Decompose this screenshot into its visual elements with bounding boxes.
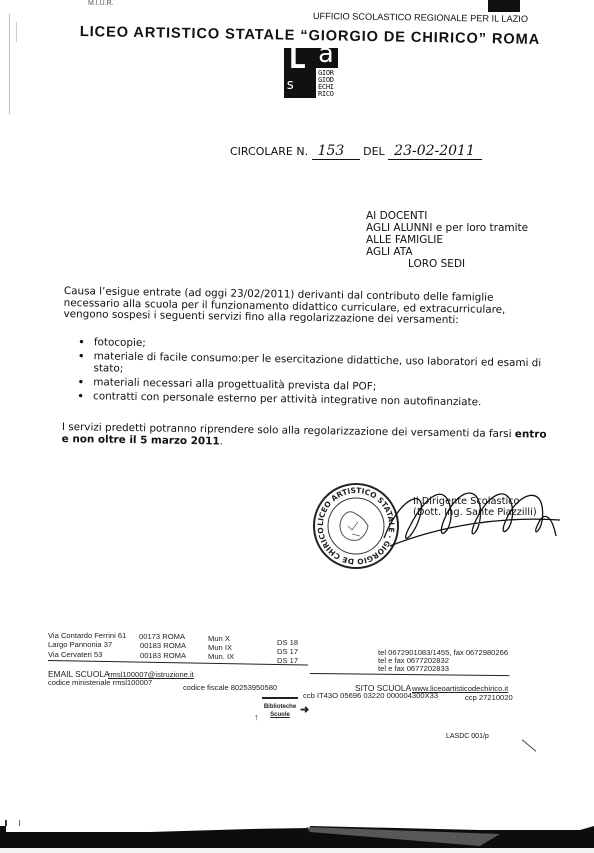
address-street: Via Contardo Ferrini 61 bbox=[48, 631, 126, 640]
arrow-up-icon: ↑ bbox=[254, 712, 259, 722]
circular-header: CIRCOLARE N. 153 DEL 23-02-2011 bbox=[230, 143, 482, 160]
badge-bottom: Scuole bbox=[254, 711, 306, 719]
scan-edge-line bbox=[9, 14, 10, 114]
footer-rule bbox=[310, 673, 510, 676]
scan-edge-line bbox=[16, 22, 17, 42]
scan-corner-mark bbox=[488, 0, 520, 12]
arrow-right-icon: ➜ bbox=[300, 703, 309, 716]
recipient: LORO SEDI bbox=[366, 258, 528, 270]
suspended-services-list: fotocopie; materiale di facile consumo:p… bbox=[77, 336, 548, 411]
iban: ccb IT43O 05696 03220 000004300X33 bbox=[303, 691, 438, 700]
document-code: LASDC 001/p bbox=[446, 733, 489, 740]
recipient: AGLI ATA bbox=[366, 246, 528, 258]
regional-office: UFFICIO SCOLASTICO REGIONALE PER IL LAZI… bbox=[313, 11, 528, 24]
logo-letter-s: s bbox=[286, 78, 294, 92]
address-ds: DS 18 bbox=[277, 638, 298, 647]
address-mun: Mun IX bbox=[208, 643, 232, 652]
address-mun: Mun. IX bbox=[208, 652, 234, 661]
ministerial-code: codice ministeriale rmsl100007 bbox=[48, 678, 152, 687]
ccp: ccp 27210020 bbox=[465, 693, 513, 702]
address-ds: DS 17 bbox=[277, 647, 298, 656]
body-paragraph: Causa l’esigue entrate (ad oggi 23/02/20… bbox=[63, 286, 547, 328]
scan-bottom-shadow bbox=[0, 820, 594, 853]
signer-name: (Dott. Ing. Sante Piazzilli) bbox=[413, 507, 537, 518]
scan-mark bbox=[522, 739, 536, 751]
logo-letter-a: a bbox=[318, 40, 334, 68]
closing-end: . bbox=[220, 435, 224, 447]
badge-top: Biblioteche bbox=[254, 703, 306, 711]
logo-letter-l: L bbox=[288, 44, 306, 74]
address-mun: Mun X bbox=[208, 634, 230, 643]
address-cap: 00183 ROMA bbox=[140, 651, 186, 660]
recipient: ALLE FAMIGLIE bbox=[366, 234, 528, 246]
address-cap: 00173 ROMA bbox=[139, 632, 185, 641]
signature-block: Il Dirigente Scolastico (Dott. Ing. Sant… bbox=[413, 496, 537, 518]
logo-text-line: RICO bbox=[318, 91, 334, 98]
recipient: AI DOCENTI bbox=[366, 210, 528, 222]
school-logo: L a s GIOR GIOD ECHI RICO bbox=[280, 44, 344, 102]
signer-title: Il Dirigente Scolastico bbox=[413, 496, 537, 507]
phone-line: tel e fax 0677202833 bbox=[378, 664, 449, 673]
address-street: Largo Pannonia 37 bbox=[48, 640, 112, 649]
address-cap: 00183 ROMA bbox=[140, 641, 186, 650]
closing-paragraph: I servizi predetti potranno riprendere s… bbox=[62, 421, 552, 453]
biblioteche-scuole-badge: Biblioteche Scuole bbox=[254, 697, 306, 721]
circular-number: 153 bbox=[312, 143, 360, 160]
fiscal-code: codice fiscale 80253950580 bbox=[183, 683, 277, 692]
address-street: Via Cervateri 53 bbox=[48, 650, 102, 659]
ministry-label: M.I.U.R. bbox=[88, 0, 114, 7]
circular-label: CIRCOLARE N. bbox=[230, 145, 308, 158]
footer-rule bbox=[48, 660, 308, 666]
circular-date: 23-02-2011 bbox=[388, 143, 482, 160]
date-label: DEL bbox=[363, 145, 385, 158]
recipients-block: AI DOCENTI AGLI ALUNNI e per loro tramit… bbox=[366, 210, 528, 270]
recipient: AGLI ALUNNI e per loro tramite bbox=[366, 222, 528, 234]
